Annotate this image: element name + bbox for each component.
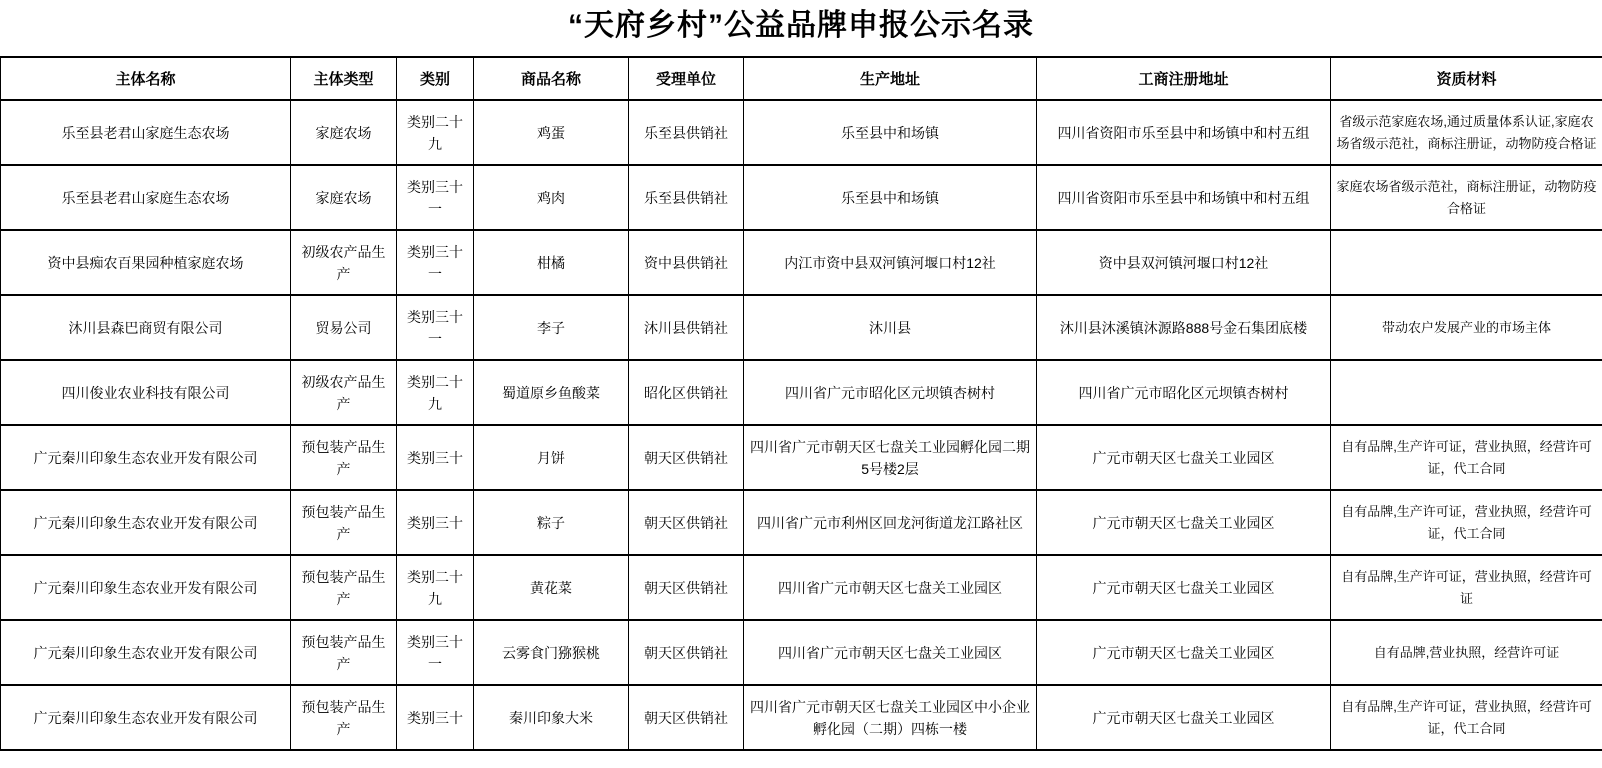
cell-subject-name: 沐川县森巴商贸有限公司: [1, 295, 291, 360]
cell-accepting-unit: 朝天区供销社: [629, 490, 744, 555]
cell-production-address: 四川省广元市朝天区七盘关工业园区: [744, 555, 1037, 620]
cell-qualification: [1331, 360, 1602, 425]
cell-subject-type: 预包装产品生产: [291, 490, 397, 555]
table-row: 广元秦川印象生态农业开发有限公司 预包装产品生产 类别三十 月饼 朝天区供销社 …: [1, 425, 1602, 490]
table-row: 广元秦川印象生态农业开发有限公司 预包装产品生产 类别三十一 云雾食门猕猴桃 朝…: [1, 620, 1602, 685]
cell-registration-address: 广元市朝天区七盘关工业园区: [1037, 490, 1331, 555]
col-header-category: 类别: [397, 57, 474, 100]
cell-product-name: 云雾食门猕猴桃: [474, 620, 629, 685]
cell-product-name: 粽子: [474, 490, 629, 555]
col-header-product-name: 商品名称: [474, 57, 629, 100]
cell-category: 类别二十九: [397, 555, 474, 620]
cell-category: 类别三十: [397, 425, 474, 490]
cell-product-name: 秦川印象大米: [474, 685, 629, 750]
cell-category: 类别三十: [397, 685, 474, 750]
cell-production-address: 四川省广元市朝天区七盘关工业园孵化园二期5号楼2层: [744, 425, 1037, 490]
cell-accepting-unit: 资中县供销社: [629, 230, 744, 295]
cell-subject-type: 预包装产品生产: [291, 685, 397, 750]
cell-production-address: 四川省广元市朝天区七盘关工业园区: [744, 620, 1037, 685]
page: “天府乡村”公益品牌申报公示名录 主体名称 主体类型 类别 商品名称 受理单位 …: [0, 0, 1602, 768]
cell-subject-name: 广元秦川印象生态农业开发有限公司: [1, 555, 291, 620]
cell-registration-address: 广元市朝天区七盘关工业园区: [1037, 425, 1331, 490]
cell-subject-name: 乐至县老君山家庭生态农场: [1, 100, 291, 165]
cell-subject-type: 家庭农场: [291, 100, 397, 165]
cell-subject-name: 广元秦川印象生态农业开发有限公司: [1, 685, 291, 750]
cell-subject-type: 家庭农场: [291, 165, 397, 230]
table-row: 四川俊业农业科技有限公司 初级农产品生产 类别二十九 蜀道原乡鱼酸菜 昭化区供销…: [1, 360, 1602, 425]
cell-accepting-unit: 乐至县供销社: [629, 165, 744, 230]
cell-accepting-unit: 朝天区供销社: [629, 685, 744, 750]
cell-production-address: 乐至县中和场镇: [744, 165, 1037, 230]
cell-qualification: 自有品牌,生产许可证，营业执照，经营许可证，代工合同: [1331, 685, 1602, 750]
cell-registration-address: 广元市朝天区七盘关工业园区: [1037, 555, 1331, 620]
table-row: 广元秦川印象生态农业开发有限公司 预包装产品生产 类别三十 粽子 朝天区供销社 …: [1, 490, 1602, 555]
cell-qualification: 自有品牌,营业执照，经营许可证: [1331, 620, 1602, 685]
cell-production-address: 内江市资中县双河镇河堰口村12社: [744, 230, 1037, 295]
col-header-subject-name: 主体名称: [1, 57, 291, 100]
cell-product-name: 月饼: [474, 425, 629, 490]
cell-subject-name: 四川俊业农业科技有限公司: [1, 360, 291, 425]
table-row: 沐川县森巴商贸有限公司 贸易公司 类别三十一 李子 沐川县供销社 沐川县 沐川县…: [1, 295, 1602, 360]
cell-category: 类别二十九: [397, 100, 474, 165]
cell-production-address: 四川省广元市昭化区元坝镇杏树村: [744, 360, 1037, 425]
cell-qualification: 自有品牌,生产许可证，营业执照，经营许可证: [1331, 555, 1602, 620]
cell-subject-type: 预包装产品生产: [291, 620, 397, 685]
cell-subject-name: 资中县痴农百果园种植家庭农场: [1, 230, 291, 295]
cell-subject-name: 乐至县老君山家庭生态农场: [1, 165, 291, 230]
cell-production-address: 沐川县: [744, 295, 1037, 360]
cell-accepting-unit: 朝天区供销社: [629, 555, 744, 620]
header-row: 主体名称 主体类型 类别 商品名称 受理单位 生产地址 工商注册地址 资质材料: [1, 57, 1602, 100]
cell-product-name: 黄花菜: [474, 555, 629, 620]
cell-subject-name: 广元秦川印象生态农业开发有限公司: [1, 620, 291, 685]
cell-qualification: [1331, 230, 1602, 295]
cell-product-name: 鸡蛋: [474, 100, 629, 165]
page-title: “天府乡村”公益品牌申报公示名录: [0, 0, 1602, 56]
col-header-subject-type: 主体类型: [291, 57, 397, 100]
cell-product-name: 鸡肉: [474, 165, 629, 230]
col-header-registration-address: 工商注册地址: [1037, 57, 1331, 100]
table-row: 资中县痴农百果园种植家庭农场 初级农产品生产 类别三十一 柑橘 资中县供销社 内…: [1, 230, 1602, 295]
cell-accepting-unit: 沐川县供销社: [629, 295, 744, 360]
cell-qualification: 家庭农场省级示范社，商标注册证，动物防疫合格证: [1331, 165, 1602, 230]
cell-accepting-unit: 朝天区供销社: [629, 620, 744, 685]
table-row: 乐至县老君山家庭生态农场 家庭农场 类别三十一 鸡肉 乐至县供销社 乐至县中和场…: [1, 165, 1602, 230]
cell-production-address: 四川省广元市朝天区七盘关工业园区中小企业孵化园（二期）四栋一楼: [744, 685, 1037, 750]
cell-accepting-unit: 乐至县供销社: [629, 100, 744, 165]
cell-subject-type: 预包装产品生产: [291, 555, 397, 620]
cell-production-address: 四川省广元市利州区回龙河街道龙江路社区: [744, 490, 1037, 555]
cell-category: 类别三十: [397, 490, 474, 555]
cell-category: 类别三十一: [397, 165, 474, 230]
cell-subject-type: 初级农产品生产: [291, 360, 397, 425]
cell-qualification: 省级示范家庭农场,通过质量体系认证,家庭农场省级示范社，商标注册证，动物防疫合格…: [1331, 100, 1602, 165]
table-row: 广元秦川印象生态农业开发有限公司 预包装产品生产 类别三十 秦川印象大米 朝天区…: [1, 685, 1602, 750]
cell-subject-type: 贸易公司: [291, 295, 397, 360]
cell-subject-name: 广元秦川印象生态农业开发有限公司: [1, 490, 291, 555]
cell-production-address: 乐至县中和场镇: [744, 100, 1037, 165]
cell-category: 类别三十一: [397, 295, 474, 360]
col-header-accepting-unit: 受理单位: [629, 57, 744, 100]
cell-accepting-unit: 昭化区供销社: [629, 360, 744, 425]
cell-category: 类别二十九: [397, 360, 474, 425]
cell-subject-type: 预包装产品生产: [291, 425, 397, 490]
cell-product-name: 柑橘: [474, 230, 629, 295]
cell-registration-address: 广元市朝天区七盘关工业园区: [1037, 685, 1331, 750]
cell-registration-address: 四川省广元市昭化区元坝镇杏树村: [1037, 360, 1331, 425]
cell-qualification: 带动农户发展产业的市场主体: [1331, 295, 1602, 360]
cell-product-name: 李子: [474, 295, 629, 360]
col-header-production-address: 生产地址: [744, 57, 1037, 100]
cell-registration-address: 资中县双河镇河堰口村12社: [1037, 230, 1331, 295]
col-header-qualification: 资质材料: [1331, 57, 1602, 100]
cell-subject-name: 广元秦川印象生态农业开发有限公司: [1, 425, 291, 490]
public-list-table: 主体名称 主体类型 类别 商品名称 受理单位 生产地址 工商注册地址 资质材料 …: [0, 56, 1602, 751]
cell-qualification: 自有品牌,生产许可证，营业执照，经营许可证，代工合同: [1331, 425, 1602, 490]
table-row: 乐至县老君山家庭生态农场 家庭农场 类别二十九 鸡蛋 乐至县供销社 乐至县中和场…: [1, 100, 1602, 165]
cell-registration-address: 四川省资阳市乐至县中和场镇中和村五组: [1037, 100, 1331, 165]
cell-category: 类别三十一: [397, 620, 474, 685]
cell-subject-type: 初级农产品生产: [291, 230, 397, 295]
table-row: 广元秦川印象生态农业开发有限公司 预包装产品生产 类别二十九 黄花菜 朝天区供销…: [1, 555, 1602, 620]
cell-category: 类别三十一: [397, 230, 474, 295]
cell-registration-address: 广元市朝天区七盘关工业园区: [1037, 620, 1331, 685]
cell-accepting-unit: 朝天区供销社: [629, 425, 744, 490]
cell-registration-address: 沐川县沐溪镇沐源路888号金石集团底楼: [1037, 295, 1331, 360]
cell-registration-address: 四川省资阳市乐至县中和场镇中和村五组: [1037, 165, 1331, 230]
cell-qualification: 自有品牌,生产许可证，营业执照，经营许可证，代工合同: [1331, 490, 1602, 555]
cell-product-name: 蜀道原乡鱼酸菜: [474, 360, 629, 425]
